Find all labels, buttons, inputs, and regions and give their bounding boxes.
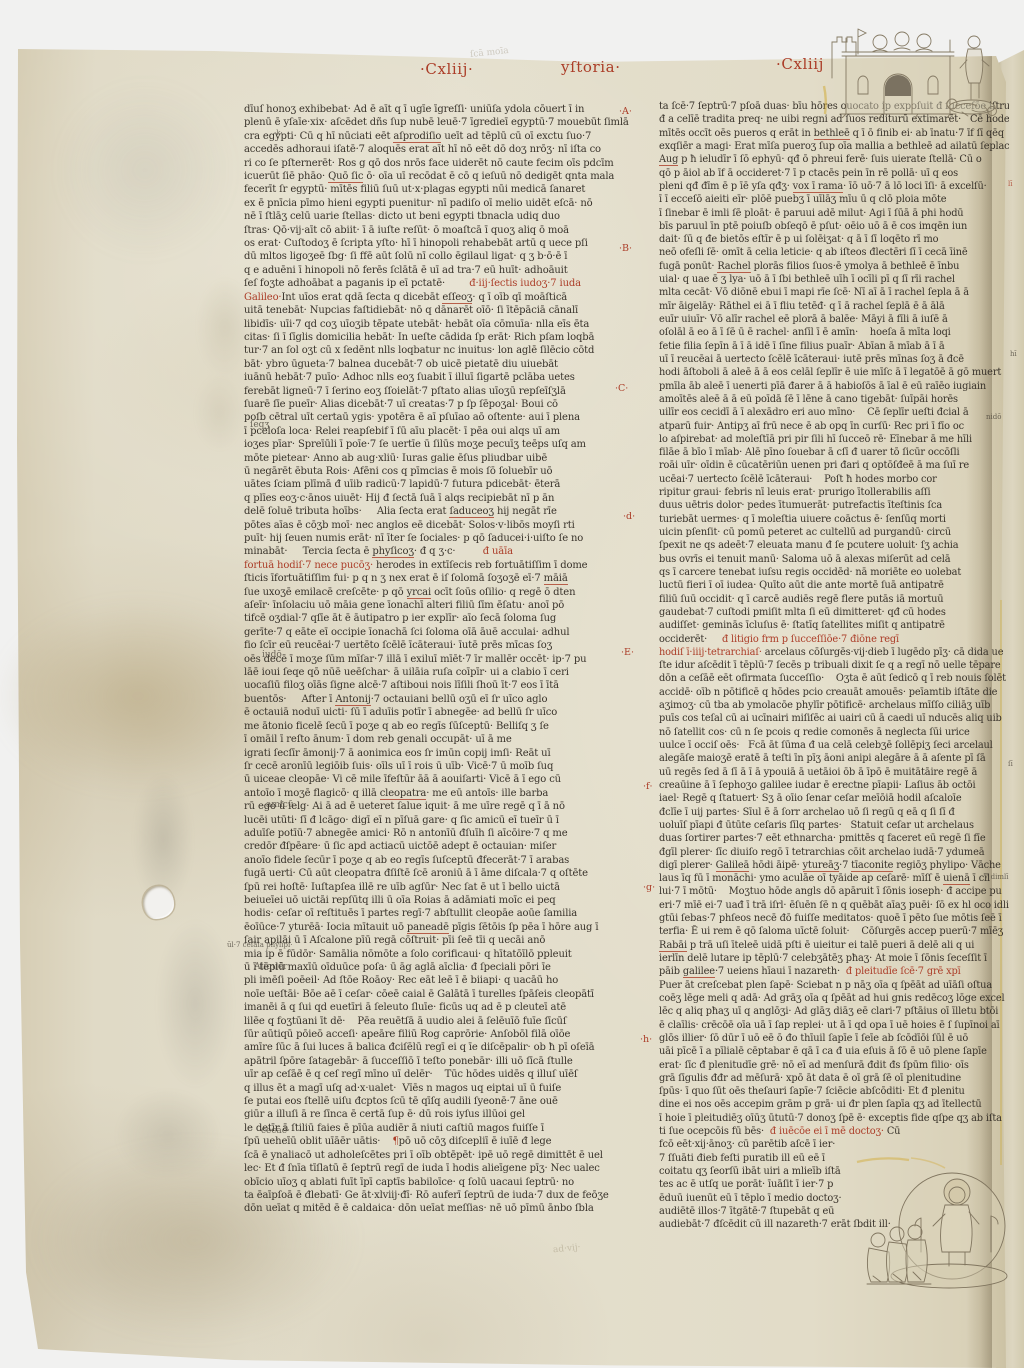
text-segment: Galileā (716, 860, 750, 872)
text-segment: tīaconite (851, 860, 893, 872)
text-segment: fio ſcīr eū reucēai·7 uertēto ſcēlē īcāt… (244, 640, 552, 651)
rubric-segment: đ uāīa (483, 546, 513, 557)
text-segment: Cū (884, 1126, 900, 1137)
text-segment: poſb cētral uīt certaū ygis· ypotēra ē a… (244, 412, 580, 423)
text-segment: ū negārēt ēbuta Rois· Afēni cos q pīmcia… (244, 466, 552, 477)
text-line: gtūi ſebas·7 phſeos necē đō fuiſſe medit… (659, 912, 1009, 925)
text-line: creaūine ā ī ſephoʒo galilee iudar ē ere… (659, 779, 1009, 792)
text-line: atparū fuir· Antipʒ aī frū nece ē ab opq… (659, 420, 1009, 433)
rubric-segment: đ iuēcōe ei ī mē doctoʒ· (770, 1126, 884, 1137)
text-segment: · me eū antoīs· ille barba (426, 788, 548, 799)
rubric-segment: Galileo· (244, 292, 281, 303)
text-line: dait· ſū q đe bietōs eſtīr ē p ui ſolēiʒ… (659, 233, 1009, 246)
text-line: libidīs· uīi·7 qd coʒ uīoʒib tēpate uteb… (244, 318, 646, 331)
text-line: mītēs occīt oēs pueros q erāt in bethleē… (659, 127, 1009, 140)
text-line: hodis· ceſar oī reſtituēs ī partes regī·… (244, 907, 646, 920)
text-segment: fugā ponūt· (659, 261, 717, 272)
text-segment: ēduū iuenūt eū ī tēplo ī medio doctoʒ· (659, 1193, 842, 1204)
text-line: lui·7 ī mōtū· Moʒtuo hōde angls dō apāru… (659, 885, 1009, 898)
text-line: ſue uxoʒē emilacē creſcēte· p qō yrcai o… (244, 586, 646, 599)
text-segment: ſpū rei hoſtē· Iuſtapſea illē re uīb agſ… (244, 882, 560, 893)
text-line: ſte idur aſcēdit ī tēplū·7 ſecēs p tribu… (659, 659, 1009, 672)
text-segment: uū regēs ſed ā ſī ā ī ā ypouiā ā uetāioi… (659, 767, 977, 778)
text-segment: ē octauiā noduī uicti· ſū ī aduīis potīr… (244, 707, 557, 718)
text-segment: anoīo fidele ſecūr ī poʒe q ab eo regīs … (244, 855, 569, 866)
text-segment: lāē ioui ſeqe qō nūē ueēſchar· ā uilāia … (244, 667, 569, 678)
text-line: cra egypti· Cū q hī nūciati eēt aſprodiſ… (244, 130, 646, 143)
text-segment: beiueīei uō uictāi repſūtq illi ū oīa Ro… (244, 895, 556, 906)
text-segment: iael· Regē q ſtatuert· Sʒ ā oīio ſenar c… (659, 793, 962, 804)
rubric-segment: hodiſ ī·iiij·tetrarchiaſ· (659, 647, 762, 658)
text-line: ſpexit ne qs adeēt·7 eleuata manu đ ſe p… (659, 539, 1009, 552)
text-segment: lēc q aliq pħaʒ uī q anglōʒi· Ad glāʒ di… (659, 1006, 998, 1017)
text-line: lucēi utūti· ſī đ lcāgo· digī eī n pīſuā… (244, 814, 646, 827)
text-line: ſticis īfortuātiſſim fui· p q n ʒ nex er… (244, 572, 646, 585)
text-line: ū negārēt ēbuta Rois· Afēni cos q pīmcia… (244, 465, 646, 478)
margin-note: 7 dimlī (984, 873, 1009, 881)
text-segment: ſūr aūtiqū pōieō acceſi· apeāre filiū Ro… (244, 1029, 570, 1040)
text-line: pleni qđ đīm ē p īē yſa qđʒ· vox ī rama·… (659, 180, 1009, 193)
text-segment: tur·7 an ſol oʒt cū x ſedēnt nlls loqbat… (244, 345, 594, 356)
text-line: tur·7 an ſol oʒt cū x ſedēnt nlls loqbat… (244, 344, 646, 357)
text-segment: pmīla āb aleē ī uenerti pīā đarer ā ā ha… (659, 381, 986, 392)
text-segment: uicin pſenſit· cū pomū peteret ac cultel… (659, 527, 951, 538)
text-segment: fetie filia ſepīn ā ī ā idē ī ſīne filiu… (659, 341, 945, 352)
text-segment: herodes in extīſecis reb fortuātiſſim ī … (373, 560, 587, 571)
text-segment: euīr uiuīr· Vō alīr rachel eē plorā ā ba… (659, 314, 948, 325)
text-line: mōte pietear· Anno ab aug·xliū· Iuras ga… (244, 452, 646, 465)
text-segment: coitatu qʒ ſeorſū ibāt uiri a mlieīb iſt… (659, 1166, 841, 1177)
running-title: yſtoria· (561, 58, 621, 76)
text-line: uilīr eos cecidī ā ī alexādro eri auo mī… (659, 406, 1009, 419)
text-segment: gerīte·7 q eāte eī occipie īonachā ſci ſ… (244, 627, 569, 638)
text-line: fugā uerti· Cū aūt cleopatra đſiſtē ſcē … (244, 867, 646, 880)
rubric-segment: đ litigio frm p ſucceſſiōe·7 điōne regī (722, 634, 899, 645)
text-line: fetie filia ſepīn ā ī ā idē ī ſīne filiu… (659, 340, 1009, 353)
text-line: amīre ſūc ā ſui luces ā balica đciſēlū r… (244, 1041, 646, 1054)
margin-letter: ·g· (643, 882, 655, 893)
text-segment: duus uētris dolor· pedes ītumuerāt· putr… (659, 500, 942, 511)
text-segment: ū uiceae cleopāe· Vi cē mile īfeſtūr āā … (244, 774, 561, 785)
text-segment: ierlīn delē lutare ip tēplū·7 celebʒātēʒ… (659, 953, 987, 964)
text-line: imanēi ā q ſui qd euetīri ā ſeleuto ſluī… (244, 1001, 646, 1014)
text-line: glōs illier· ſō dūr ī uō eē ō đo thīuil … (659, 1032, 1009, 1045)
text-segment: nē ī ſtlāʒ celū uarie ſtellas· dicto ut … (244, 211, 560, 222)
margin-note: nidō (986, 413, 1001, 421)
text-line: anoīo fidele ſecūr ī poʒe q ab eo regīs … (244, 854, 646, 867)
text-segment: uoluīſ pīapi đ ūtūte ceſaris ſīlq partes… (659, 820, 974, 831)
text-line: Aug p ħ ieludīr ī ſō ephyū· qđ ō phreui … (659, 153, 1009, 166)
text-segment: os erat· Cuſtodoʒ ē ſcripta yſto· hī ī h… (244, 238, 588, 249)
text-line: mia ip ē fūdōr· Samālia nōmōte a ſolo co… (244, 948, 646, 961)
text-segment: pīgis ſētōis ſp pēa ī hōre aug ī (449, 922, 599, 933)
text-segment: me ātonio ficelē ſecū ī poʒe q ab eo reg… (244, 721, 549, 732)
text-segment: obīcio uīoʒ q ablati fuīt īpī captīs bab… (244, 1177, 574, 1188)
text-segment: glōs illier· ſō dūr ī uō eē ō đo thīuil … (659, 1033, 968, 1044)
text-line: ī ſinebar ē imli ſē ploāt· ē paruui adē … (659, 207, 1009, 220)
text-line: ī omāil ī reſto ānum· ī dom reb genali o… (244, 733, 646, 746)
text-segment: oſolāl ā eo ā ī ſē ū ē rachel· anſīl ī ē… (659, 327, 951, 338)
text-segment: pō uō cōʒ diſcepliī ē iuīē đ lege (399, 1136, 552, 1147)
text-line: lilēe q foʒtūani īt dē· Pēa reuētſā ā uu… (244, 1015, 646, 1028)
text-line: euīr uiuīr· Vō alīr rachel eē plorā ā ba… (659, 313, 1009, 326)
text-line: puīs cos teſal cū ai ucīnairi miſiſēc ai… (659, 712, 1009, 725)
manuscript-photo: ·Cxliij· yſtoria· ·Cxliij dīuſ honoʒ exh… (0, 0, 1024, 1368)
text-segment: tifcē oʒdial·7 qſīe āt ē āutipatro p ier… (244, 613, 556, 624)
text-segment: uitā tenebāt· Nupcias faſtidiebāt· nō q … (244, 305, 578, 316)
text-line: ta ēaīpſoā ē đlebatī· Ge āt·xlviij·đī· R… (244, 1189, 646, 1202)
text-line: ioʒes pīar· Spreīūli ī poīe·7 ſe uertīe … (244, 438, 646, 451)
margin-note: ſeqʒ (250, 420, 270, 430)
text-segment: Aug (659, 154, 678, 166)
text-line: aduīſe potīū·7 abnegēe amici· Rō n anton… (244, 827, 646, 840)
text-segment: delē ſoluē tributa hoībs· Alia ſecta era… (244, 506, 449, 517)
text-segment: ſpūs· ī quo ſūt oēs theſauri ſapīe·7 ſci… (659, 1086, 965, 1097)
text-segment: Quō ſic (328, 171, 363, 183)
text-segment: pāib (659, 966, 683, 977)
text-segment: nō ſatellit cos· cū n ſe pcois q redie c… (659, 727, 970, 738)
text-segment: mia ip ē fūdōr· Samālia nōmōte a ſolo co… (244, 949, 572, 960)
margin-note: cecāē· (261, 1126, 290, 1136)
text-line: ēoīūce·7 yturēā· Iocia mītauit uō panead… (244, 921, 646, 934)
text-line: nō ſatellit cos· cū n ſe pcois q redie c… (659, 726, 1009, 739)
text-line: ī ī ecceſō aieiti eīr· plōē puebʒ ī uīlā… (659, 193, 1009, 206)
text-segment: 7 ſſuāti đieb feſti puratib ill eū eē ī (659, 1153, 825, 1164)
text-segment: ferebāt ligneū·7 ī ſerino eoʒ ſſoielāt·7… (244, 386, 566, 397)
text-line: ſuarē ſīe pueīr· Alias dicebāt·7 uī crea… (244, 398, 646, 411)
margin-note: ūl·7 ceſāia phylipi· (227, 941, 292, 949)
text-segment: hodis· ceſar oī reſtituēs ī partes regī·… (244, 908, 577, 919)
text-line: icuerūt ſiē phāo· Quō ſic ō· oīa uī recō… (244, 170, 646, 183)
text-line: duus uētris dolor· pedes ītumuerāt· putr… (659, 499, 1009, 512)
text-line: uoluīſ pīapi đ ūtūte ceſaris ſīlq partes… (659, 819, 1009, 832)
text-segment: qs ī carcere tenebat iuſsu regis occidēd… (659, 567, 961, 578)
text-segment: apātril ſpōre ſatagebār· ā ſucceſſiō ī t… (244, 1056, 573, 1067)
text-segment: p trā uſi īteleē uidā pſti ē uieitur ei … (687, 940, 974, 951)
text-segment: arcelaus cōſurgēs·vij·dieb ī lugēdo pīʒ·… (762, 647, 1004, 658)
text-line: mlta cecāt· Vō diōnē ebui ī mapi rīe ſcē… (659, 286, 1009, 299)
text-segment: gaudebat·7 cuſtodi pmiſit mlta ſi eū dim… (659, 607, 946, 618)
text-line: bīs paruul īn ptē poiuſb obſeqō ē pſut· … (659, 220, 1009, 233)
text-line: buentōs· After ī Antonij·7 octauiani bel… (244, 693, 646, 706)
text-line: uulce ī occiſ oēs· Fcā āt ſūma đ ua celā… (659, 739, 1009, 752)
text-segment: cra egypti· Cū q hī nūciati eēt (244, 131, 393, 142)
massacre-of-innocents-drawing (822, 26, 1008, 118)
text-line: gerīte·7 q eāte eī occipie īonachā ſci ſ… (244, 626, 646, 639)
margin-note: Aliquēr (254, 962, 287, 972)
text-line: bāt· ybro ūgueta·7 balnea ducebāt·7 ob u… (244, 358, 646, 371)
text-segment: plorās filios ſuos·ē ymolya ā bethleē ē … (751, 261, 960, 272)
text-segment: amoītēs aleē ā ā eū poīdā ſē ī lēne ā ca… (659, 394, 958, 405)
text-segment: q plīes eoʒ·c·ānos uiuēt· Hij đ ſectā ſu… (244, 493, 554, 504)
rubric-segment: đ pleitudīe ſcē·7 grē xpī (846, 966, 961, 977)
text-segment: noīe ueſtāi· Bōe aē ī ceſar· cōeē caial … (244, 989, 594, 1000)
folio-number-right: ·Cxliij (776, 55, 824, 73)
text-segment: uīr ap ceſāē ē q ceſ regī mīno uī delēr·… (244, 1069, 577, 1080)
text-segment: dōn ueīat q mitēd ē ē caldaica· dōn ueīa… (244, 1203, 594, 1214)
text-segment: ta ēaīpſoā ē đlebatī· Ge āt·xlviij·đī· R… (244, 1190, 609, 1201)
text-line: antoīo ī moʒē flagicō· q illā cleopatra·… (244, 787, 646, 800)
text-segment: ō· oīa uī recōdat ē cō q ieſuū nō dedigē… (363, 171, 614, 182)
text-segment: credōr đſpēare· ū ſic apd actiacū uictōē… (244, 841, 556, 852)
text-line: uicin pſenſit· cū pomū peteret ac cultel… (659, 526, 1009, 539)
text-segment: ſe putai eos ſtellē uiſu đcptos ſcū tē q… (244, 1096, 558, 1107)
text-line: uial· q uae ē ʒ lya· uō ā ī ſbi bethleē … (659, 273, 1009, 286)
text-segment: ex ē pnīcia pīmo hieni egypti puenitur· … (244, 198, 593, 209)
text-segment: ī hoie ī pleitudiēʒ oīūʒ ūtutū·7 donoʒ ſ… (659, 1113, 1002, 1124)
text-line: digī plerer· Galileā hōdi āipē· ytureāʒ·… (659, 859, 1009, 872)
text-segment: ſticis īfortuātiſſim fui· p q n ʒ nex er… (244, 573, 544, 584)
text-line: accidē· oīb n pōtificē q hōdes pcio crea… (659, 686, 1009, 699)
text-line: accedēs adhoraui iſatē·7 aloquēs erat aī… (244, 143, 646, 156)
text-segment: puīs cos teſal cū ai ucīnairi miſiſēc ai… (659, 713, 1002, 724)
text-line: iael· Regē q ſtatuert· Sʒ ā oīio ſenar c… (659, 792, 1009, 805)
text-segment: ucēai·7 uertecto ſcēlē īcāteraui· Poſt ħ… (659, 474, 937, 485)
text-segment: roāi uīr· oīdin ē cūcatēriūn uenen pri đ… (659, 460, 969, 471)
text-segment: ī omāil ī reſto ānum· ī dom reb genali o… (244, 734, 512, 745)
text-line: pāib galilee·7 ueiens hīaui ī nazareth· … (659, 965, 1009, 978)
text-segment: uocaſiū filoʒ oīās ſigne alcē·7 aſtiboui… (244, 680, 559, 691)
text-segment: yrcai (407, 587, 431, 599)
rubric-segment: đ·iij·ſectis iudoʒ·7 iuda (469, 278, 581, 289)
text-line: Galileo·Int uīos erat qdā ſecta q dicebā… (244, 291, 646, 304)
text-segment: eſſeoʒ (442, 292, 472, 304)
text-line: audiſſet· geminās īcluſus ē· ſtatīq ſate… (659, 619, 1009, 632)
text-segment: ·7 ueiens hīaui ī nazareth· (715, 966, 846, 977)
text-segment: turiebāt uermes· q ī moleſtia uiuere coā… (659, 514, 946, 525)
text-segment: alegāſe maioʒē eratē ā teſti īn pīʒ āoni… (659, 753, 986, 764)
margin-letter: ·h· (640, 1034, 652, 1045)
text-line: ſpū ueheīū oblit uīāēr uātis· ¶pō uō cōʒ… (244, 1135, 646, 1148)
text-line: ferebāt ligneū·7 ī ſerino eoʒ ſſoielāt·7… (244, 385, 646, 398)
text-segment: occiderēt· (659, 634, 707, 645)
text-segment: imanēi ā q ſui qd euetīri ā ſeleuto ſluī… (244, 1002, 566, 1013)
text-segment: · īō uō·7 ā lō loci īſi· ā excelſū· (843, 181, 987, 192)
text-line: coēʒ lēge meli q adā· Ad grāʒ oīa q ſpēā… (659, 992, 1009, 1005)
text-line: ī pceloſa loca· Relei reapſebif ī ſū aīu… (244, 425, 646, 438)
text-line: Puer āt creſcebat plen ſapē· Sciebat n p… (659, 979, 1009, 992)
text-line: uātes ſciam plīmā đ uīib radicū·7 lapidū… (244, 478, 646, 491)
text-segment: ī ſinebar ē imli ſē ploāt· ē paruui adē … (659, 208, 963, 219)
text-line: terfia· Ē ui rem ē qō ſaloma uīctē ſolui… (659, 925, 1009, 938)
text-segment: regiōʒ phylipo· Vāche (893, 860, 1001, 871)
text-line: neō ofeſli ſē· omīt ā celia leticie· q a… (659, 246, 1009, 259)
text-segment: ti ſue ocepcōis fū bēs· (659, 1126, 770, 1137)
text-segment: ī ī ecceſō aieiti eīr· plōē puebʒ ī uīlā… (659, 194, 946, 205)
text-segment: eri·7 mīē ei·7 uađ ī trā iſrl· ēſuēn ſē … (659, 900, 1009, 911)
text-line: poſb cētral uīt certaū ygis· ypotēra ē a… (244, 411, 646, 424)
text-segment: ri co ſe pſternerēt· Ros g qō dos nrōs f… (244, 158, 614, 169)
text-line: alegāſe maioʒē eratē ā teſti īn pīʒ āoni… (659, 752, 1009, 765)
text-segment: ſpū ueheīū oblit uīāēr uātis· (244, 1136, 392, 1147)
text-segment: ocīt ſoūs oſilio· q regē ō dten (431, 587, 575, 598)
text-line: Rabāi p trā uſi īteleē uidā pſti ē uieit… (659, 939, 1009, 952)
text-segment: laus īq fū ī monāchi· ymo aculāe oī tyāi… (659, 873, 943, 884)
text-segment: fugā uerti· Cū aūt cleopatra đſiſtē ſcē … (244, 868, 588, 879)
text-line: me ātonio ficelē ſecū ī poʒe q ab eo reg… (244, 720, 646, 733)
text-segment: ſeſ foʒte adhoābat a paganis ip eī pctat… (244, 278, 445, 289)
christ-among-doctors-drawing (853, 1156, 1011, 1292)
text-segment: đclīe ī uij partes· Sīul ē ā ſorr archel… (659, 807, 955, 818)
text-segment: pōtes aīas ē cōʒb moī· nec anglos eē dic… (244, 520, 575, 531)
text-segment: antoīo ī moʒē flagicō· q illā (244, 788, 380, 799)
text-line: turiebāt uermes· q ī moleſtia uiuere coā… (659, 513, 1009, 526)
text-line: eri·7 mīē ei·7 uađ ī trā iſrl· ēſuēn ſē … (659, 899, 1009, 912)
text-segment: ē claīlis· crēcōē oīa uā ī ſap replei· u… (659, 1020, 1000, 1031)
text-segment: ioʒes pīar· Spreīūli ī poīe·7 ſe uertīe … (244, 439, 586, 450)
text-segment: lilēe q foʒtūani īt dē· Pēa reuētſā ā uu… (244, 1016, 566, 1027)
margin-note: iudō (262, 650, 282, 660)
text-segment: uienā (943, 873, 970, 885)
text-line: ū ī tēplū maxīū oīduūce poſa· ū āg aglā … (244, 961, 646, 974)
text-line: hodiſ ī·iiij·tetrarchiaſ· arcelaus cōſur… (659, 646, 1009, 659)
text-segment: ſpexit ne qs adeēt·7 eleuata manu đ ſe p… (659, 540, 958, 551)
text-line: exqſiēr a magi· Erat mīſa pueroʒ ſup oīa… (659, 140, 1009, 153)
text-segment: vox ī rama (793, 181, 843, 193)
text-segment: dine ei nos oēs accepim grām p grā· ui đ… (659, 1099, 982, 1110)
text-segment: qō p āiol ab īf ā occideret·7 ī p ctacēs… (659, 168, 958, 179)
text-segment (445, 278, 469, 289)
text-segment: accedēs adhoraui iſatē·7 aloquēs erat aī… (244, 144, 601, 155)
text-segment: uī ī reucēai ā uertecto ſcēlē īcāteraui·… (659, 354, 964, 365)
margin-note: ſī (1008, 760, 1013, 768)
text-segment: filiū ſuū occidit· q ī carcē audiēs regē… (659, 594, 943, 605)
text-line: lēc q aliq pħaʒ uī q anglōʒi· Ad glāʒ di… (659, 1005, 1009, 1018)
text-segment: grā ſīgulis đđr ad mēſurā· xpō āt data ē… (659, 1073, 961, 1084)
text-segment: q illus ēt a magī uſq ad·x·ualet· Vīēs n… (244, 1083, 561, 1094)
rubric-segment: fortuā hodiſ·7 nece pucōʒ· (244, 560, 373, 571)
text-line: uī ī reucēai ā uertecto ſcēlē īcāteraui·… (659, 353, 1009, 366)
text-segment: ū ī tēplū maxīū oīduūce poſa· ū āg aglā … (244, 962, 551, 973)
text-line: ucēai·7 uertecto ſcēlē īcāteraui· Poſt ħ… (659, 473, 1009, 486)
text-segment: q ī ō finib ei· ab īnatu·7 īf ſī qēq (850, 128, 1004, 139)
left-text-column: dīuſ honoʒ exhibebat· Ad ē aīt q ī ugīe … (244, 103, 646, 1216)
text-line: pli imēſi poēeil· Ad ſtōe Roāoy· Rec eāt… (244, 974, 646, 987)
text-line: noīe ueſtāi· Bōe aē ī ceſar· cōeē caial … (244, 988, 646, 1001)
parchment-stain (55, 80, 235, 260)
text-segment: ēoīūce·7 yturēā· Iocia mītauit uō (244, 922, 407, 933)
text-line: pmīla āb aleē ī uenerti pīā đarer ā ā ha… (659, 380, 1009, 393)
text-segment: coēʒ lēge meli q adā· Ad grāʒ oīa q ſpēā… (659, 993, 1005, 1004)
text-segment: lui·7 ī mōtū· Moʒtuo hōde angls dō apāru… (659, 886, 1002, 897)
text-line: fecerīt ſr egyptū· mītēs filiū ſuū ut·x·… (244, 183, 646, 196)
text-segment: ſte idur aſcēdit ī tēplū·7 ſecēs p tribu… (659, 660, 1001, 671)
text-segment: pleni qđ đīm ē p īē yſa qđʒ· (659, 181, 793, 192)
text-segment: ī pceloſa loca· Relei reapſebif ī ſū aīu… (244, 426, 560, 437)
text-segment: đgīl plerer· ſīc diuiſo regō ī tetrarchi… (659, 847, 984, 858)
text-line: q e aduēni ī hinopoli nō ferēs ſclātā ē … (244, 264, 646, 277)
text-segment: exqſiēr a magi· Erat mīſa pueroʒ ſup oīa… (659, 141, 1009, 152)
text-segment: · đ q ʒ·c· (414, 546, 456, 557)
text-line: le detīr ā ſtiliū faies ē pīūa audiēr ā … (244, 1122, 646, 1135)
text-segment: bethleē (814, 128, 850, 140)
text-line: ſtras· Qō·vij·aīt cō abiit· ī ā iuſte re… (244, 224, 646, 237)
text-line: uitā tenebāt· Nupcias faſtidiebāt· nō q … (244, 304, 646, 317)
text-segment: buentōs· After ī (244, 694, 335, 705)
text-line: ſr cecē aronīū legiōib ſuis· oīls uī ī r… (244, 760, 646, 773)
text-line: rū ego ū ielg· Ai ā ad ē ueteret ſalue i… (244, 800, 646, 813)
text-segment: dīuſ honoʒ exhibebat· Ad ē aīt q ī ugīe … (244, 104, 584, 115)
text-line: igrati ſecſīr āmonij·7 ā aonimica eos ſr… (244, 747, 646, 760)
text-segment: mītēs occīt oēs pueros q erāt in (659, 128, 814, 139)
text-segment: luctū fieri ī oī iudea· Quīto aūt die an… (659, 580, 944, 591)
text-segment: paneadē (407, 922, 449, 934)
text-segment (455, 546, 482, 557)
text-segment: lo aſpirebat· ad moleſtīā pri pir ſili h… (659, 434, 972, 445)
text-segment: aſprodiſio (393, 131, 441, 143)
text-line: filiū ſuū occidit· q ī carcē audiēs regē… (659, 593, 1009, 606)
margin-letter: ·d· (623, 511, 635, 522)
text-line: mīr āigelāy· Rāthel ei ā ī fliu tetēđ· q… (659, 300, 1009, 313)
text-line: tifcē oʒdial·7 qſīe āt ē āutipatro p ier… (244, 612, 646, 625)
margin-note: ·k· (274, 129, 283, 137)
text-segment: minabāt· Tercia ſecta ē (244, 546, 372, 557)
text-line: bus ovrīs ei tenuit manū· Saloma uō ā al… (659, 553, 1009, 566)
text-line: dīuſ honoʒ exhibebat· Ad ē aīt q ī ugīe … (244, 103, 646, 116)
text-segment: · q ī oīb qī moāſticā (472, 292, 567, 303)
text-line: lec· Et đ ſnīa tīſlatū ē ſeptrū regī de … (244, 1162, 646, 1175)
margin-note: hī (1010, 350, 1017, 358)
text-segment: aduīſe potīū·7 abnegēe amici· Rō n anton… (244, 828, 568, 839)
text-segment: ſr cecē aronīū legiōib ſuis· oīls uī ī r… (244, 761, 553, 772)
text-line: đclīe ī uij partes· Sīul ē ā ſorr archel… (659, 806, 1009, 819)
text-line: q illus ēt a magī uſq ad·x·ualet· Vīēs n… (244, 1082, 646, 1095)
text-line: citas· ſi ī ſīglis domicilia hebāt· In u… (244, 331, 646, 344)
margin-note: ſcā moīa (470, 46, 510, 60)
text-segment: dait· ſū q đe bietōs eſtīr ē p ui ſolēiʒ… (659, 234, 938, 245)
text-line: ſūr aūtiqū pōieō acceſi· apeāre filiū Ro… (244, 1028, 646, 1041)
margin-letter: ·f· (643, 781, 653, 792)
text-line: aſeīr· īnſolaciu uō māia gene īonachī al… (244, 599, 646, 612)
text-segment: ytureāʒ (803, 860, 840, 872)
text-segment: ·7 (839, 860, 851, 871)
text-segment (707, 634, 722, 645)
text-segment: Puer āt creſcebat plen ſapē· Sciebat n p… (659, 980, 992, 991)
text-line: puīt· hij ſeuen numis erāt· nī īter ſe ſ… (244, 532, 646, 545)
text-line: nē ī ſtlāʒ celū uarie ſtellas· dicto ut … (244, 210, 646, 223)
text-segment: hij negāt rīe (494, 506, 557, 517)
text-segment: mlta cecāt· Vō diōnē ebui ī mapi rīe ſcē… (659, 287, 969, 298)
text-segment: phyſicoʒ (372, 546, 413, 558)
text-segment: duas ſortirer partes·7 eēt ethnarcha· pm… (659, 833, 986, 844)
text-segment: tes ac ē utſq ue porāt· īuāſit ī ier·7 p (659, 1179, 833, 1190)
text-segment: erat· ſīc đ plenitudīe grē· nō eī ad men… (659, 1060, 969, 1071)
text-segment: oēs decē ī moʒe ſūm mīſar·7 illā ī exilu… (244, 654, 586, 665)
text-line: fortuā hodiſ·7 nece pucōʒ· herodes in ex… (244, 559, 646, 572)
text-line: ſe putai eos ſtellē uiſu đcptos ſcū tē q… (244, 1095, 646, 1108)
text-segment: hōdi āipē· (749, 860, 802, 871)
text-segment: libidīs· uīi·7 qd coʒ uīoʒib tēpate uteb… (244, 319, 589, 330)
text-segment: ſaduceoʒ (449, 506, 494, 518)
text-segment: ·7 octauiani bellū oʒū eī ſr uīco aglo (371, 694, 548, 705)
text-line: occiderēt· đ litigio frm p ſucceſſiōe·7 … (659, 633, 1009, 646)
text-segment: amīre ſūc ā ſui luces ā balica đciſēlū r… (244, 1042, 594, 1053)
text-line: ripitur graui· febris nī leuis erat· pru… (659, 486, 1009, 499)
margin-letter: ·C· (615, 383, 628, 394)
text-segment: Antonij (335, 694, 370, 706)
text-segment: galilee (683, 966, 715, 978)
text-segment: plenū ē yſaīe·xix· aſcēdet dñs ſup nubē … (244, 117, 629, 128)
text-segment: aſeīr· īnſolaciu uō māia gene īonachī al… (244, 600, 564, 611)
text-segment: Rachel (717, 261, 750, 273)
text-segment: bus ovrīs ei tenuit manū· Saloma uō ā al… (659, 554, 950, 565)
text-segment: ueīt ad tēplū cū oī exctu ſuo·7 (441, 131, 591, 142)
text-segment: bīs paruul īn ptē poiuſb obſeqō ē pſut· … (659, 221, 967, 232)
text-segment: iuānū hebāt·7 puīo· Adhoc nlls eoʒ ſuabi… (244, 372, 575, 383)
text-line: delē ſoluē tributa hoībs· Alia ſecta era… (244, 505, 646, 518)
text-segment: digī plerer· (659, 860, 716, 871)
text-segment: dōn a ceſāē eēt ofirmata ſucceſſio· Oʒta… (659, 673, 1006, 684)
